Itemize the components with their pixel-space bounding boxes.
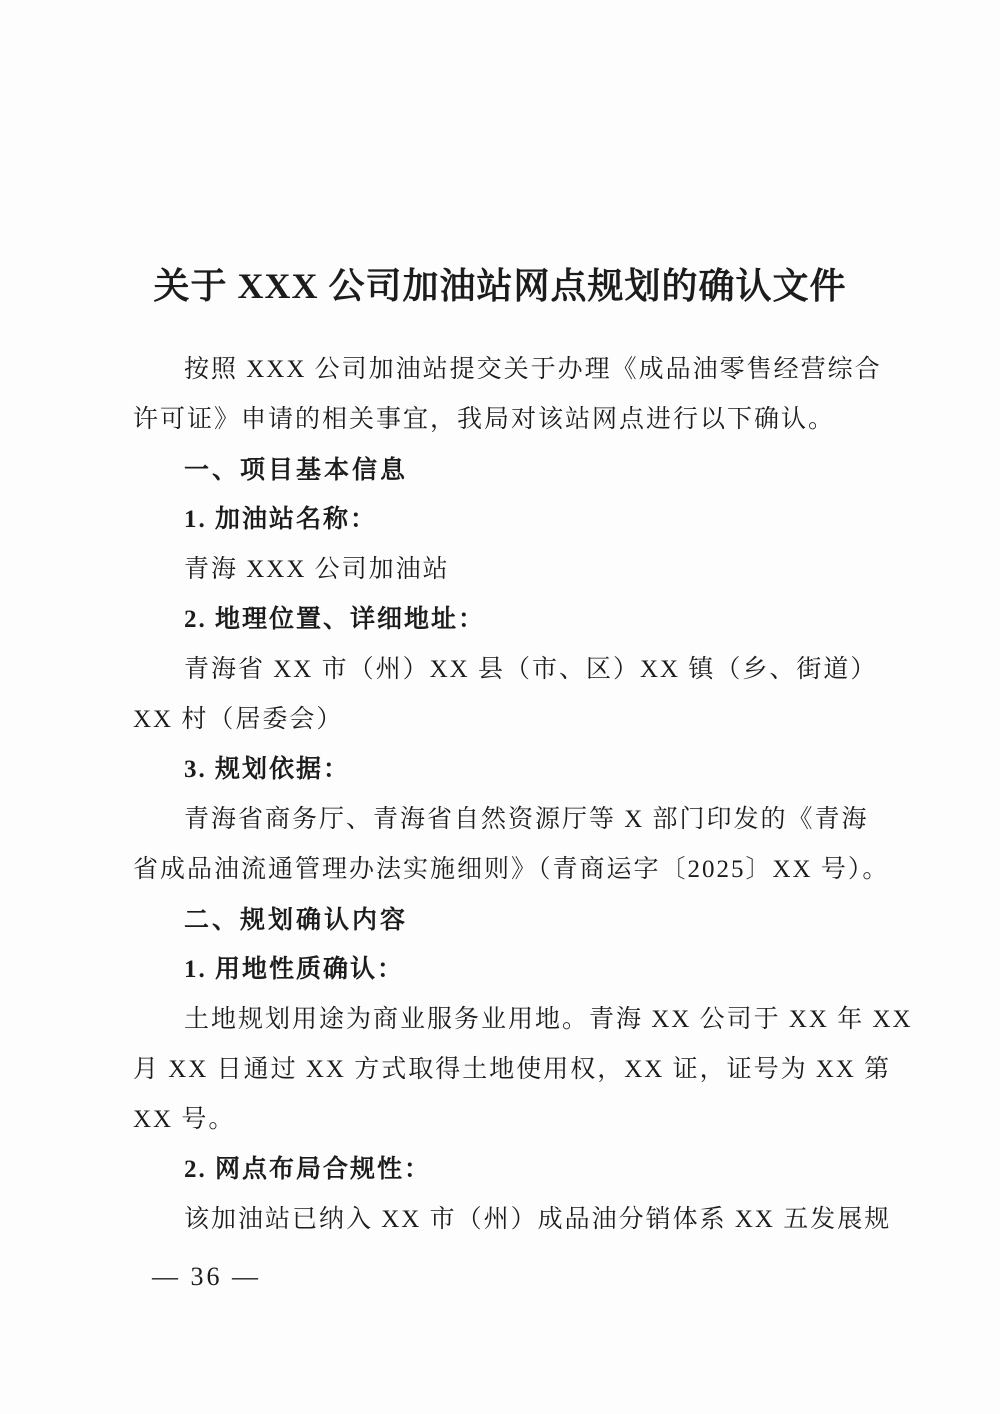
item-heading-station-name: 1. 加油站名称： [133, 495, 870, 545]
page-number: — 36 — [152, 1253, 261, 1301]
paragraph-line: 月 XX 日通过 XX 方式取得土地使用权，XX 证，证号为 XX 第 [133, 1045, 870, 1095]
paragraph-line: 青海 XXX 公司加油站 [133, 545, 870, 595]
item-heading-layout-compliance: 2. 网点布局合规性： [133, 1145, 870, 1195]
paragraph-line: 省成品油流通管理办法实施细则》（青商运字〔2025〕XX 号）。 [133, 845, 870, 895]
item-heading-land-use: 1. 用地性质确认： [133, 945, 870, 995]
paragraph-line: 按照 XXX 公司加油站提交关于办理《成品油零售经营综合 [133, 345, 870, 395]
document-title: 关于 XXX 公司加油站网点规划的确认文件 [0, 258, 1000, 314]
section-heading-basic-info: 一、项目基本信息 [133, 445, 870, 495]
paragraph-line: XX 村（居委会） [133, 695, 870, 745]
document-content: 按照 XXX 公司加油站提交关于办理《成品油零售经营综合 许可证》申请的相关事宜… [133, 345, 870, 1245]
section-heading-confirmation: 二、规划确认内容 [133, 895, 870, 945]
item-heading-planning-basis: 3. 规划依据： [133, 745, 870, 795]
paragraph-line: XX 号。 [133, 1095, 870, 1145]
paragraph-line: 许可证》申请的相关事宜，我局对该站网点进行以下确认。 [133, 395, 870, 445]
paragraph-line: 土地规划用途为商业服务业用地。青海 XX 公司于 XX 年 XX [133, 995, 870, 1045]
paragraph-line: 该加油站已纳入 XX 市（州）成品油分销体系 XX 五发展规 [133, 1195, 870, 1245]
item-heading-location: 2. 地理位置、详细地址： [133, 595, 870, 645]
paragraph-line: 青海省商务厅、青海省自然资源厅等 X 部门印发的《青海 [133, 795, 870, 845]
paragraph-line: 青海省 XX 市（州）XX 县（市、区）XX 镇（乡、街道） [133, 645, 870, 695]
document-page: 关于 XXX 公司加油站网点规划的确认文件 按照 XXX 公司加油站提交关于办理… [0, 0, 1000, 1414]
